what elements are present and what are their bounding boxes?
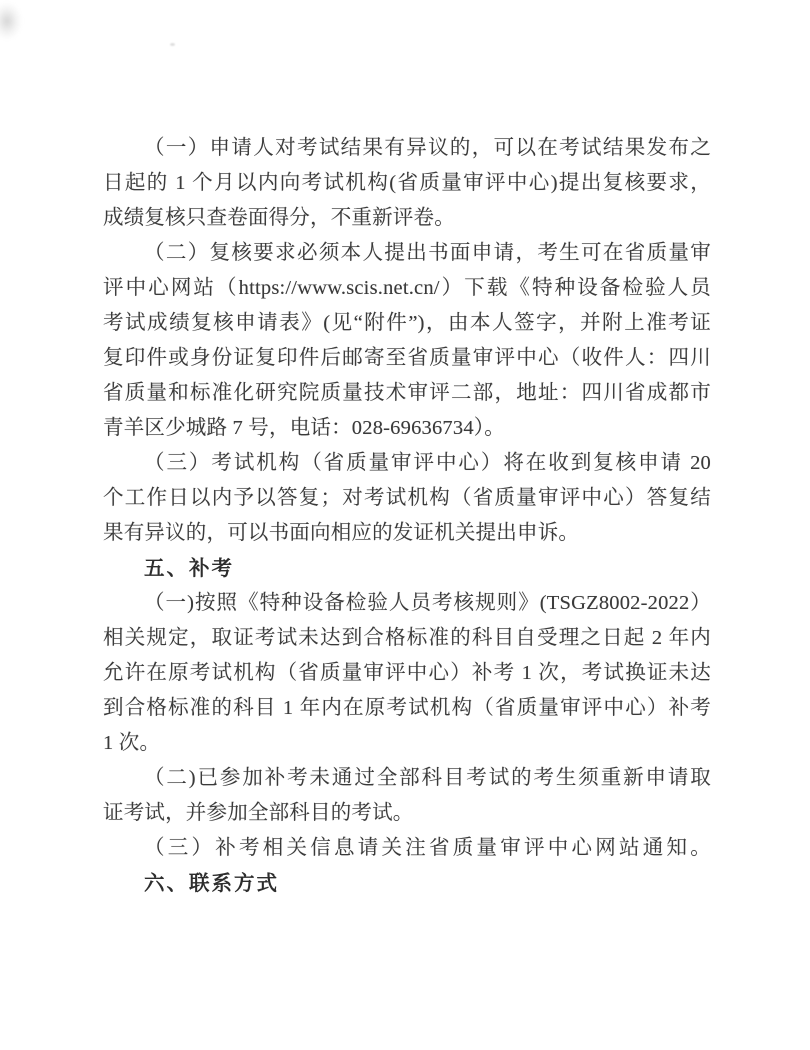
- text-line: 果有异议的，可以书面向相应的发证机关提出申诉。: [103, 516, 711, 551]
- section-heading: 六、联系方式: [103, 866, 711, 901]
- text-line: 到合格标准的科目 1 年内在原考试机构（省质量审评中心）补考: [103, 691, 711, 726]
- document-body: （一）申请人对考试结果有异议的，可以在考试结果发布之日起的 1 个月以内向考试机…: [103, 131, 711, 901]
- text-line: 证考试，并参加全部科目的考试。: [103, 796, 711, 831]
- text-line: （三）考试机构（省质量审评中心）将在收到复核申请 20: [103, 446, 711, 481]
- text-line: 成绩复核只查卷面得分，不重新评卷。: [103, 201, 711, 236]
- text-line: 允许在原考试机构（省质量审评中心）补考 1 次，考试换证未达: [103, 656, 711, 691]
- text-line: 考试成绩复核申请表》(见“附件”)，由本人签字，并附上准考证: [103, 306, 711, 341]
- scan-dot-artifact: [170, 43, 175, 46]
- text-line: 省质量和标准化研究院质量技术审评二部，地址：四川省成都市: [103, 376, 711, 411]
- text-line: 个工作日以内予以答复；对考试机构（省质量审评中心）答复结: [103, 481, 711, 516]
- text-line: 日起的 1 个月以内向考试机构(省质量审评中心)提出复核要求，: [103, 166, 711, 201]
- text-line: （三）补考相关信息请关注省质量审评中心网站通知。: [103, 831, 711, 866]
- text-line: 复印件或身份证复印件后邮寄至省质量审评中心（收件人：四川: [103, 341, 711, 376]
- text-line: 青羊区少城路 7 号，电话：028-69636734）。: [103, 411, 711, 446]
- text-line: （一)按照《特种设备检验人员考核规则》(TSGZ8002-2022）: [103, 586, 711, 621]
- text-line: （二）复核要求必须本人提出书面申请，考生可在省质量审: [103, 236, 711, 271]
- text-line: 评中心网站（https://www.scis.net.cn/）下载《特种设备检验…: [103, 271, 711, 306]
- text-line: 相关规定，取证考试未达到合格标准的科目自受理之日起 2 年内: [103, 621, 711, 656]
- text-line: 1 次。: [103, 726, 711, 761]
- text-line: （一）申请人对考试结果有异议的，可以在考试结果发布之: [103, 131, 711, 166]
- scan-smudge-artifact: [0, 2, 22, 40]
- text-line: （二)已参加补考未通过全部科目考试的考生须重新申请取: [103, 761, 711, 796]
- section-heading: 五、补考: [103, 551, 711, 586]
- scanned-document-page: （一）申请人对考试结果有异议的，可以在考试结果发布之日起的 1 个月以内向考试机…: [0, 0, 810, 1050]
